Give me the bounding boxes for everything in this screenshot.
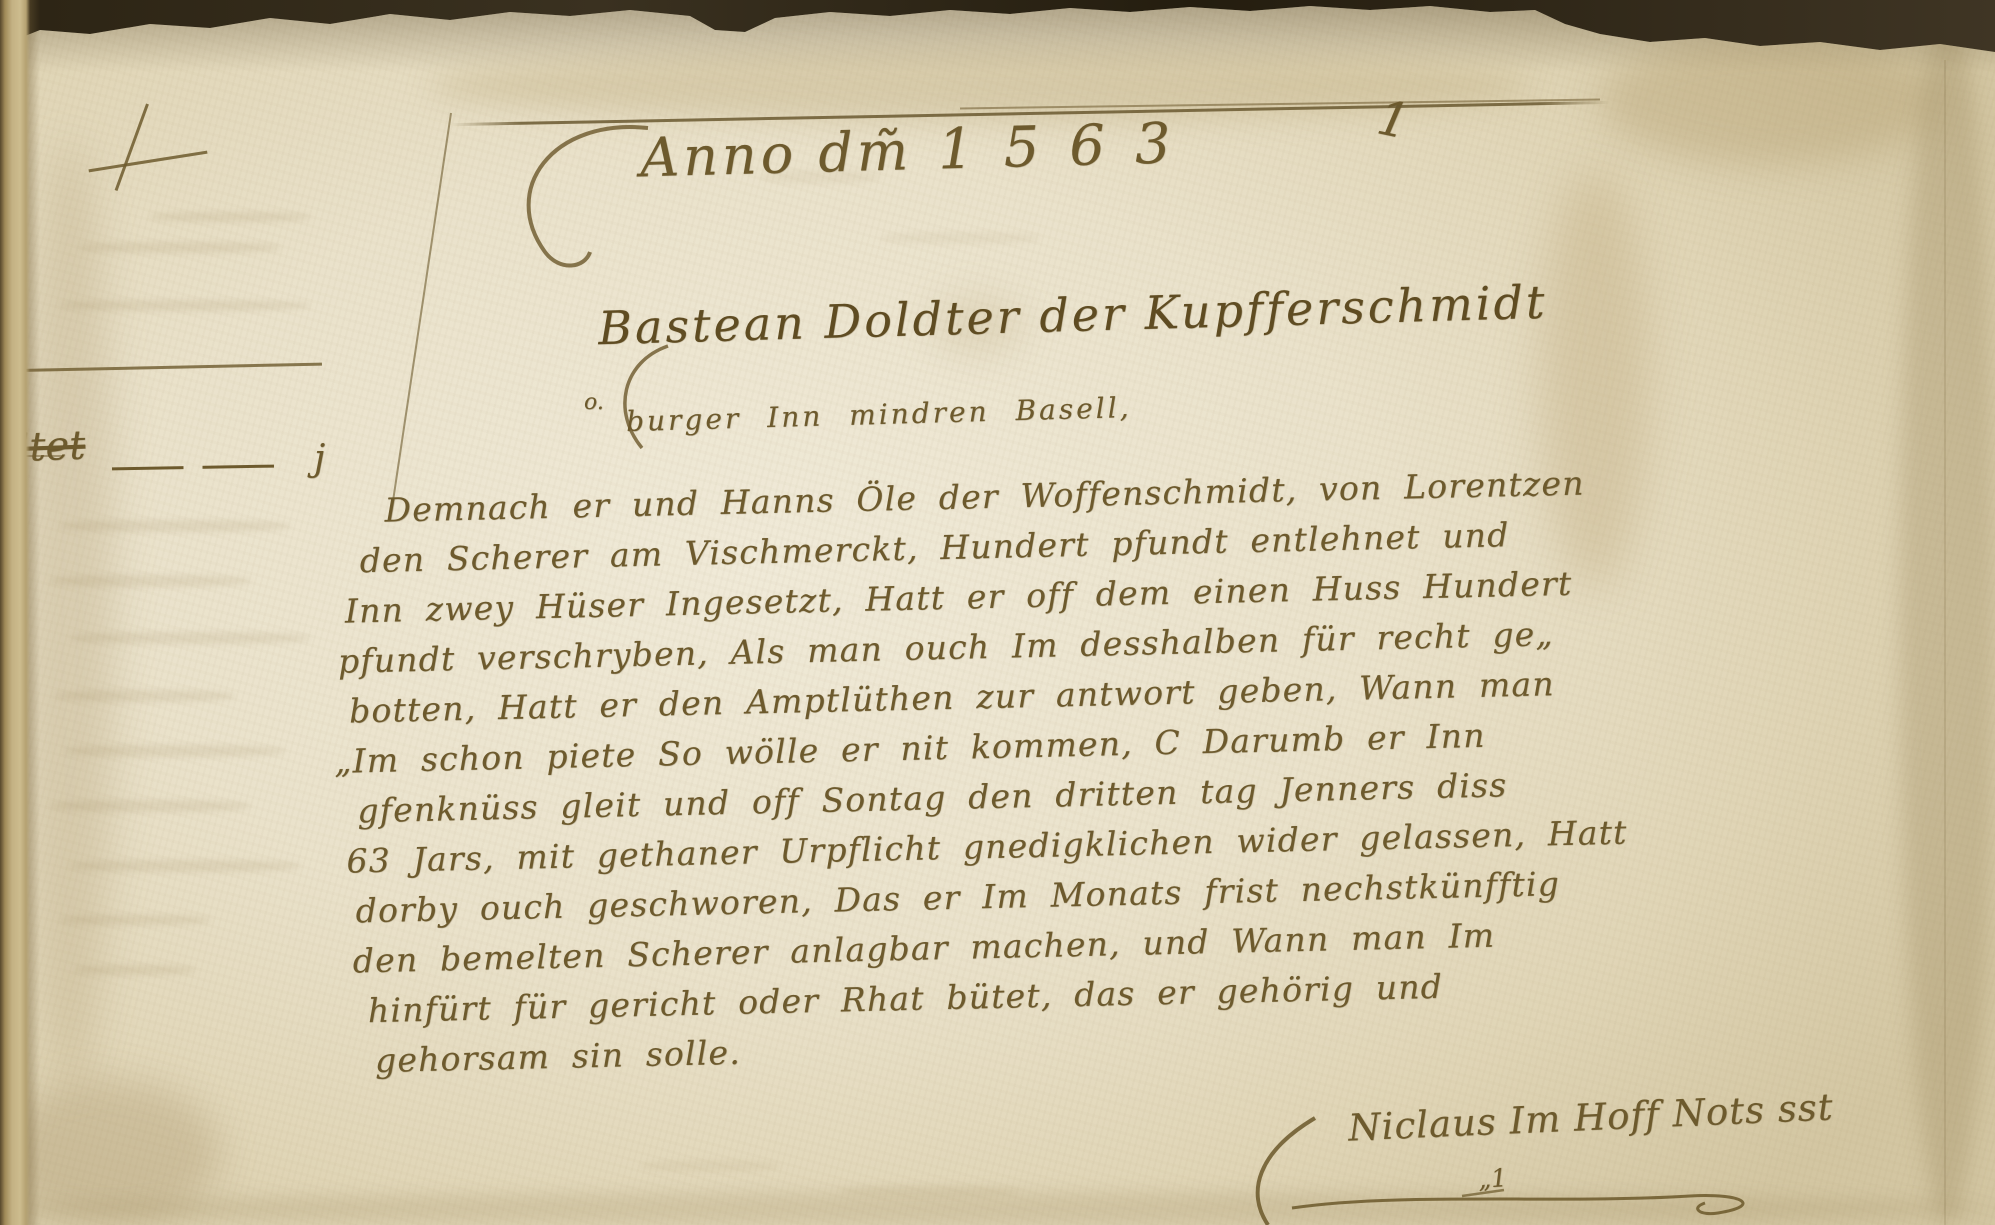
anno-text: Anno dm̃ [639, 119, 913, 189]
bleed-through-mark [55, 690, 235, 702]
bleed-through-mark [80, 242, 280, 253]
year-text: 1563 [911, 111, 1201, 184]
bleed-through-mark [60, 520, 290, 532]
underlying-page-edge [0, 0, 40, 1225]
page-crease [1944, 60, 1946, 1225]
bleed-through-mark [60, 915, 210, 925]
bleed-through-mark [60, 300, 310, 311]
bleed-through-mark [150, 212, 310, 222]
stain [430, 50, 1530, 122]
bleed-through-mark [75, 965, 195, 975]
bleed-through-mark [70, 860, 300, 872]
bleed-through-mark [640, 1160, 780, 1172]
bleed-through-mark [50, 575, 250, 587]
signature-mark: „1 [1477, 1163, 1508, 1194]
margin-circle-mark: o. [584, 390, 604, 415]
bleed-through-mark [880, 232, 1040, 244]
bleed-through-mark [840, 1185, 1020, 1197]
stain [1600, 36, 1940, 166]
bleed-through-mark [50, 800, 250, 812]
body-text-block: Demnach er und Hanns Öle der Woffenschmi… [326, 458, 1629, 1087]
bleed-through-mark [70, 632, 310, 644]
parchment-page: 1 Anno dm̃1563 Bastean Doldter der Kupff… [0, 0, 1995, 1225]
stain [1900, 0, 1995, 1225]
margin-numeral: j [314, 438, 325, 479]
manuscript-scan: 1 Anno dm̃1563 Bastean Doldter der Kupff… [0, 0, 1995, 1225]
bleed-through-mark [65, 745, 285, 757]
stain [0, 1192, 1995, 1225]
